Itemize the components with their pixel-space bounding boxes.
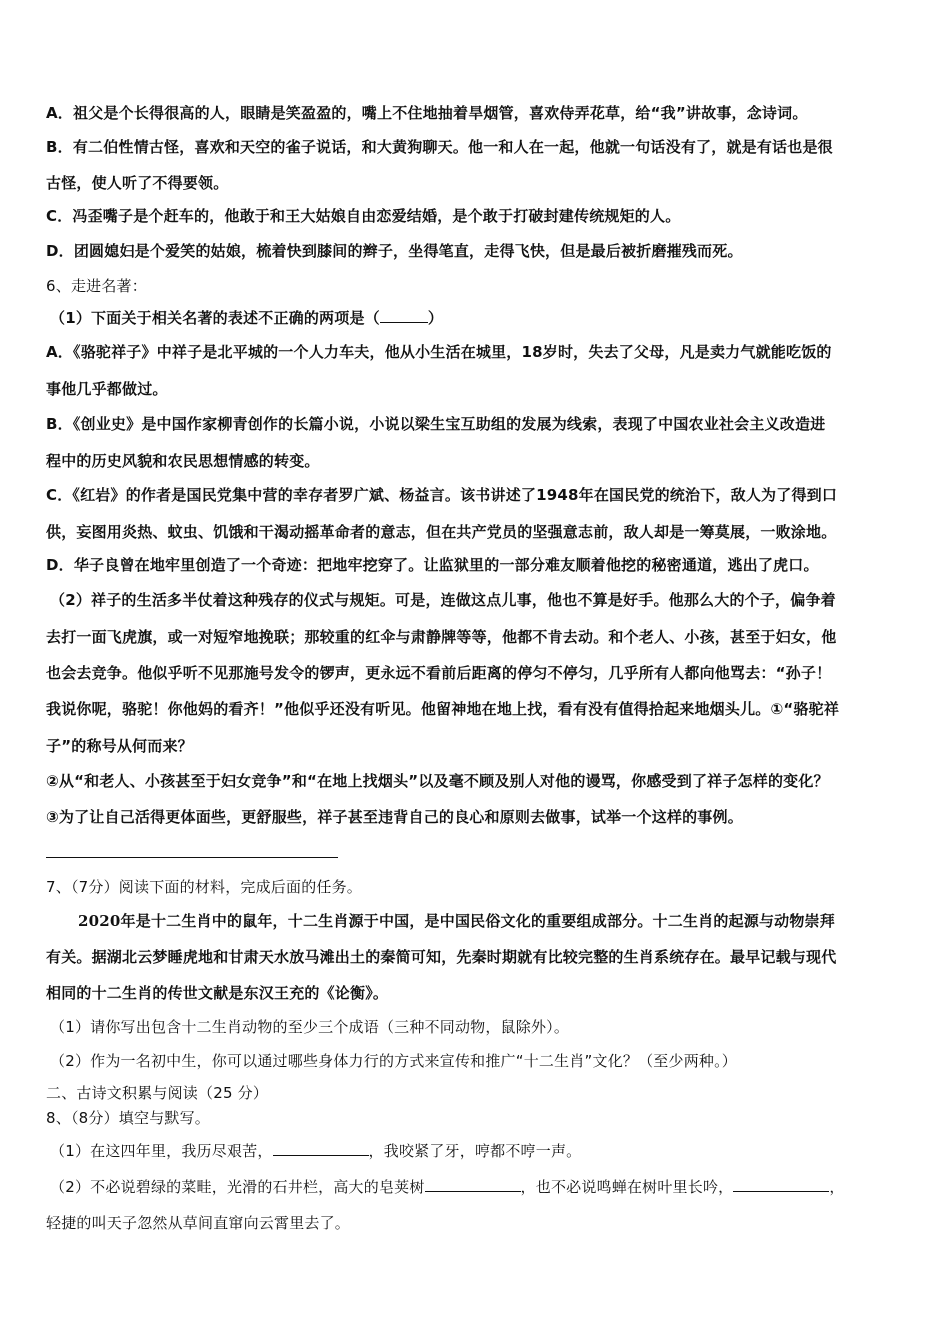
fill-blank[interactable] bbox=[425, 1177, 521, 1192]
answer-line[interactable] bbox=[46, 857, 338, 858]
q8-title: 8、（8分）填空与默写。 bbox=[46, 1108, 906, 1128]
q6-option-a-line2: 事他几乎都做过。 bbox=[46, 379, 906, 399]
q7-passage-line: 有关。据湖北云梦睡虎地和甘肃天水放马滩出土的秦简可知，先秦时期就有比较完整的生肖… bbox=[46, 947, 906, 967]
q6-part2-line: 也会去竞争。他似乎听不见那施号发令的锣声，更永远不看前后距离的停匀不停匀，几乎所… bbox=[46, 663, 906, 683]
q6-part2-sub2: ②从“和老人、小孩甚至于妇女竞争”和“在地上找烟头”以及毫不顾及别人对他的谩骂，… bbox=[46, 771, 906, 791]
q5-option-d: D．团圆媳妇是个爱笑的姑娘，梳着快到膝间的辫子，坐得笔直，走得飞快，但是最后被折… bbox=[46, 241, 906, 261]
q6-option-c-line1: C．《红岩》的作者是国民党集中营的幸存者罗广斌、杨益言。该书讲述了1948年在国… bbox=[46, 485, 906, 505]
fill-blank[interactable] bbox=[733, 1177, 829, 1192]
q6-part2-line: 子”的称号从何而来？ bbox=[46, 736, 906, 756]
q7-sub1: （1）请你写出包含十二生肖动物的至少三个成语（三种不同动物，鼠除外）。 bbox=[50, 1017, 906, 1037]
q8-part1: （1）在这四年里，我历尽艰苦，，我咬紧了牙，哼都不哼一声。 bbox=[50, 1141, 906, 1161]
q5-option-b-line1: B．有二伯性情古怪，喜欢和天空的雀子说话，和大黄狗聊天。他一和人在一起，他就一句… bbox=[46, 137, 906, 157]
q6-part2-line: 我说你呢，骆驼！你他妈的看齐！”他似乎还没有听见。他留神地在地上找，看有没有值得… bbox=[46, 699, 906, 719]
fill-blank[interactable] bbox=[273, 1141, 369, 1156]
q6-part2-line: （2）祥子的生活多半仗着这种残存的仪式与规矩。可是，连做这点儿事，他也不算是好手… bbox=[50, 590, 906, 610]
q8-part2-mid: ，也不必说鸣蝉在树叶里长吟， bbox=[521, 1178, 734, 1196]
q6-option-a-line1: A．《骆驼祥子》中祥子是北平城的一个人力车夫，他从小生活在城里，18岁时，失去了… bbox=[46, 342, 906, 362]
q7-sub2: （2）作为一名初中生，你可以通过哪些身体力行的方式来宣传和推广“十二生肖”文化？… bbox=[50, 1051, 906, 1071]
q5-option-b-line2: 古怪，使人听了不得要领。 bbox=[46, 173, 906, 193]
q8-part1-post: ，我咬紧了牙，哼都不哼一声。 bbox=[369, 1142, 582, 1160]
q6-part1-prompt: （1）下面关于相关名著的表述不正确的两项是（） bbox=[50, 308, 906, 328]
q8-part2-line2: 轻捷的叫天子忽然从草间直窜向云霄里去了。 bbox=[46, 1213, 906, 1233]
q6-part2-line: 去打一面飞虎旗，或一对短窄地挽联；那较重的红伞与肃静牌等等，他都不肯去动。和个老… bbox=[46, 627, 906, 647]
q5-option-a: A．祖父是个长得很高的人，眼睛是笑盈盈的，嘴上不住地抽着旱烟管，喜欢侍弄花草，给… bbox=[46, 103, 906, 123]
q6-option-b-line2: 程中的历史风貌和农民思想情感的转变。 bbox=[46, 451, 906, 471]
q8-part1-pre: （1）在这四年里，我历尽艰苦， bbox=[50, 1142, 273, 1160]
section-2-title: 二、古诗文积累与阅读（25 分） bbox=[46, 1083, 906, 1103]
q5-option-c: C．冯歪嘴子是个赶车的，他敢于和王大姑娘自由恋爱结婚，是个敢于打破封建传统规矩的… bbox=[46, 206, 906, 226]
q6-part1-prompt-text: （1）下面关于相关名著的表述不正确的两项是（ bbox=[50, 309, 380, 327]
q6-option-c-line2: 供，妄图用炎热、蚊虫、饥饿和干渴动摇革命者的意志，但在共产党员的坚强意志前，敌人… bbox=[46, 522, 906, 542]
q6-title: 6、走进名著： bbox=[46, 276, 906, 296]
q7-passage-line: 2020年是十二生肖中的鼠年，十二生肖源于中国，是中国民俗文化的重要组成部分。十… bbox=[78, 911, 906, 931]
q8-part2-post: ， bbox=[829, 1178, 844, 1196]
q6-part1-prompt-close: ） bbox=[428, 309, 443, 327]
q6-option-b-line1: B．《创业史》是中国作家柳青创作的长篇小说，小说以梁生宝互助组的发展为线索，表现… bbox=[46, 414, 906, 434]
q6-option-d: D．华子良曾在地牢里创造了一个奇迹：把地牢挖穿了。让监狱里的一部分难友顺着他挖的… bbox=[46, 555, 906, 575]
q8-part2-pre: （2）不必说碧绿的菜畦，光滑的石井栏，高大的皂荚树 bbox=[50, 1178, 425, 1196]
q8-part2: （2）不必说碧绿的菜畦，光滑的石井栏，高大的皂荚树，也不必说鸣蝉在树叶里长吟，， bbox=[50, 1177, 906, 1197]
q6-part2-sub3: ③为了让自己活得更体面些，更舒服些，祥子甚至违背自己的良心和原则去做事，试举一个… bbox=[46, 807, 906, 827]
q7-title: 7、（7分）阅读下面的材料，完成后面的任务。 bbox=[46, 877, 906, 897]
answer-blank[interactable] bbox=[380, 308, 428, 323]
q7-passage-line: 相同的十二生肖的传世文献是东汉王充的《论衡》。 bbox=[46, 983, 906, 1003]
